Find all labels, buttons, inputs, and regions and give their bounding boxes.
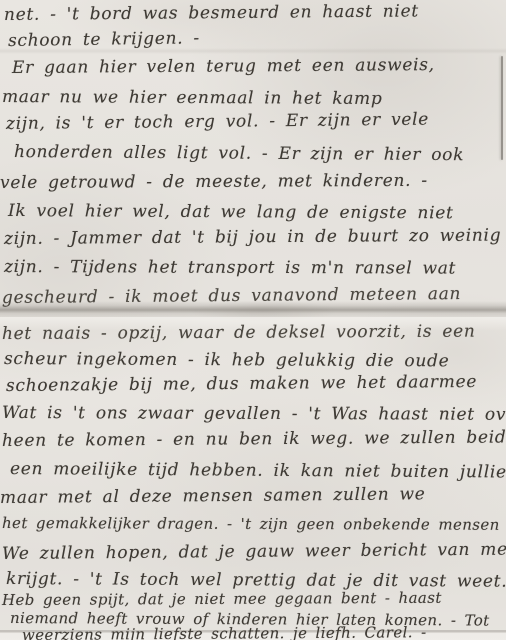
letter-page: net. - 't bord was besmeurd en haast nie… bbox=[0, 0, 506, 640]
handwritten-line: zijn. - Tijdens het transport is m'n ran… bbox=[4, 256, 456, 280]
handwritten-line: Wat is 't ons zwaar gevallen - 't Was ha… bbox=[2, 402, 506, 426]
handwritten-line: Heb geen spijt, dat je niet mee gegaan b… bbox=[2, 589, 442, 610]
handwritten-line: het gemakkelijker dragen. - 't zijn geen… bbox=[2, 514, 500, 535]
handwritten-line: vele getrouwd - de meeste, met kinderen.… bbox=[0, 170, 428, 194]
handwritten-line: zijn, is 't er toch erg vol. - Er zijn e… bbox=[6, 109, 429, 135]
handwritten-line: Ik voel hier wel, dat we lang de enigste… bbox=[8, 200, 454, 224]
paper-edge-fold-mark bbox=[501, 56, 503, 160]
handwritten-line: maar nu we hier eenmaal in het kamp bbox=[2, 86, 383, 110]
handwritten-line: maar met al deze mensen samen zullen we bbox=[0, 483, 426, 509]
handwritten-line: We zullen hopen, dat je gauw weer berich… bbox=[2, 539, 506, 565]
handwritten-line: schoenzakje bij me, dus maken we het daa… bbox=[6, 371, 477, 397]
handwritten-line: het naais - opzij, waar de deksel voorzi… bbox=[2, 321, 476, 345]
handwritten-line: schoon te krijgen. - bbox=[8, 27, 200, 52]
handwritten-line: honderden alles ligt vol. - Er zijn er h… bbox=[14, 141, 464, 166]
handwritten-line: heen te komen - en nu ben ik weg. we zul… bbox=[2, 426, 506, 452]
handwritten-line: scheur ingekomen - ik heb gelukkig die o… bbox=[4, 348, 449, 372]
handwritten-line: zijn. - Jammer dat 't bij jou in de buur… bbox=[4, 225, 501, 250]
handwritten-line: een moeilijke tijd hebben. ik kan niet b… bbox=[10, 458, 506, 484]
handwritten-line signature-line: weerziens mijn liefste schatten. je lief… bbox=[22, 623, 427, 640]
handwritten-line: Er gaan hier velen terug met een ausweis… bbox=[12, 54, 435, 79]
handwritten-line: net. - 't bord was besmeurd en haast nie… bbox=[4, 0, 419, 26]
handwritten-line: gescheurd - ik moet dus vanavond meteen … bbox=[2, 283, 461, 309]
